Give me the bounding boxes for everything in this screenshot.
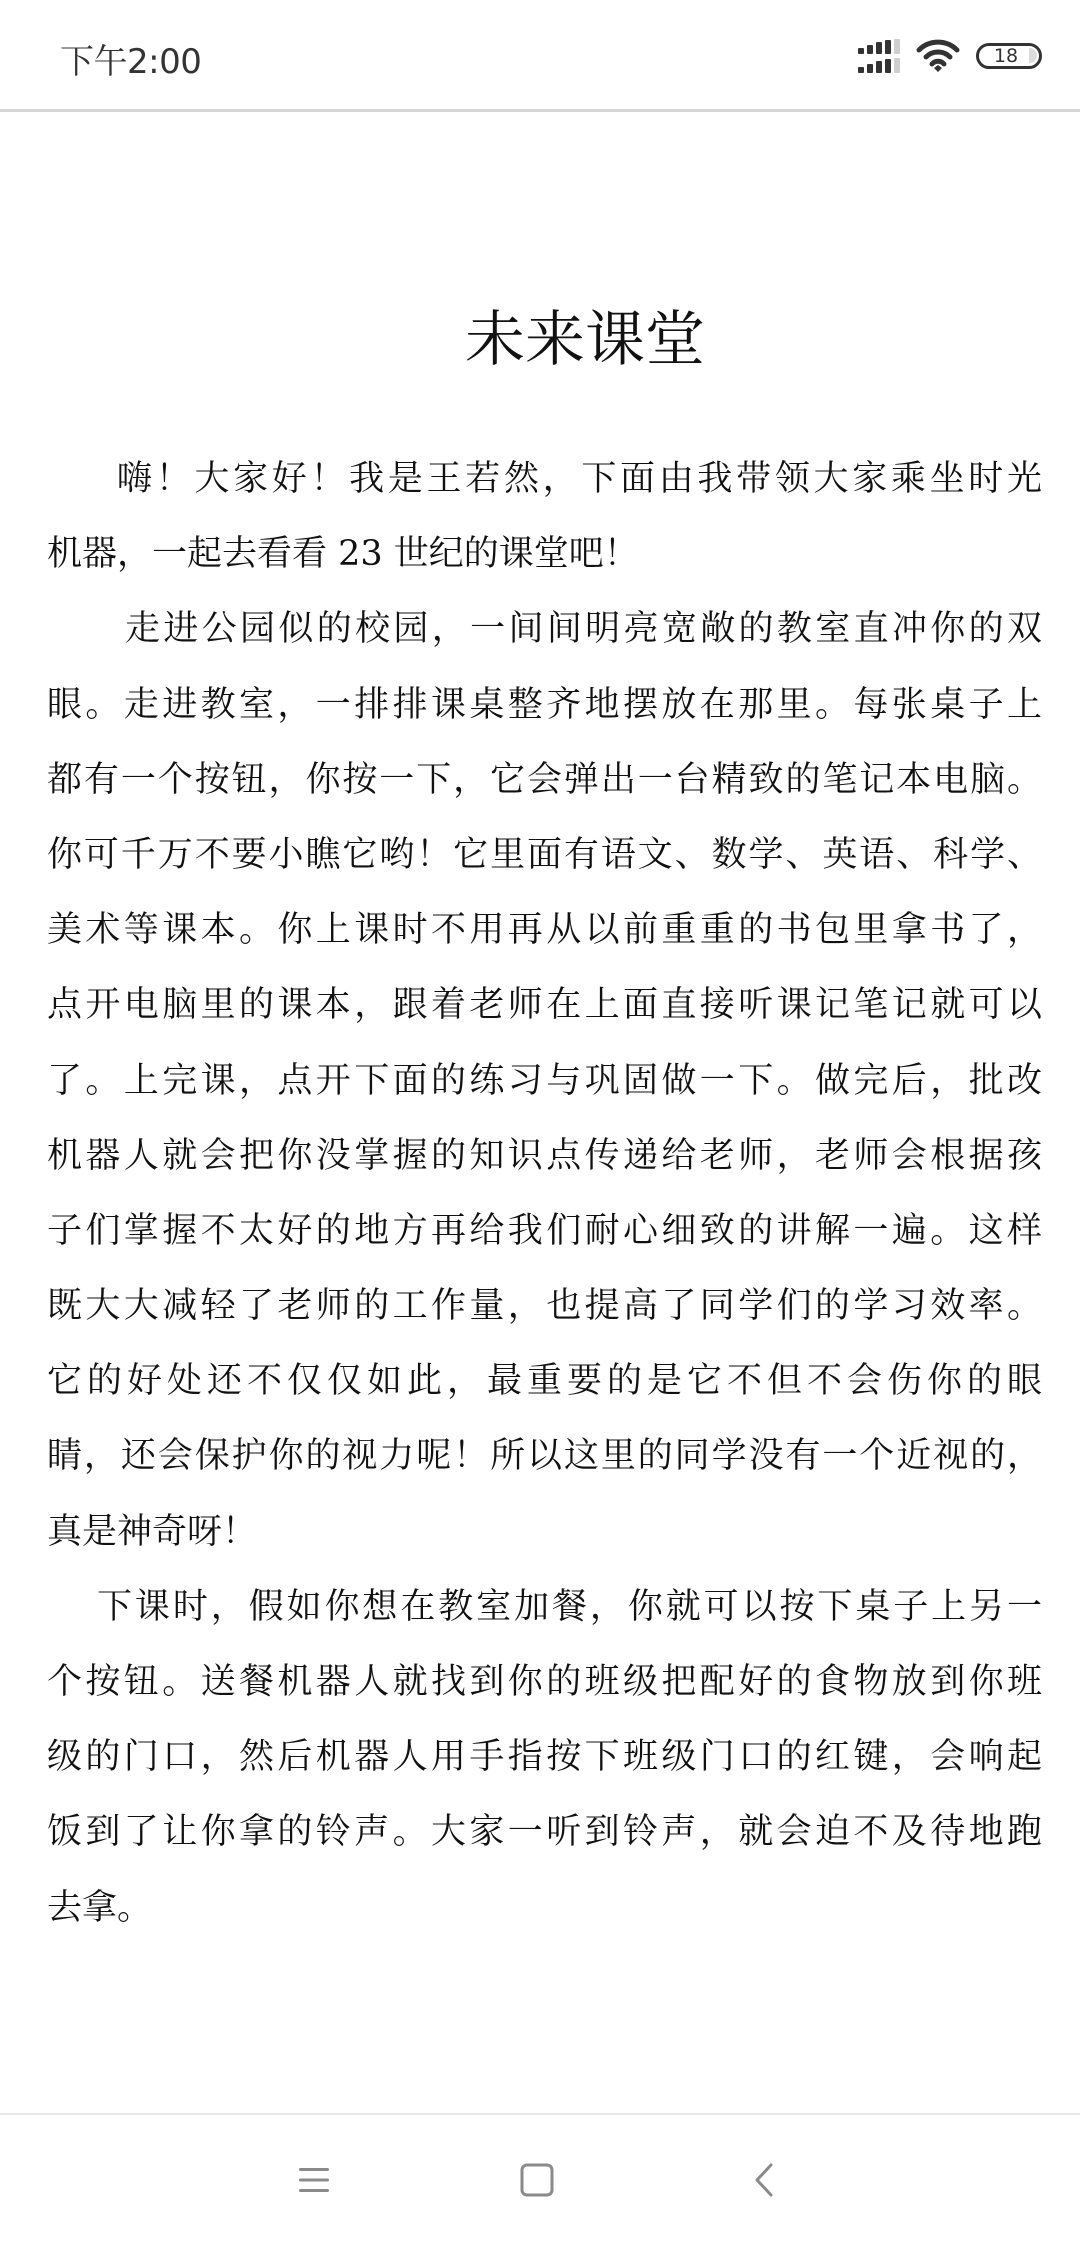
home-icon [520,2163,554,2197]
menu-icon [298,2166,330,2194]
paragraph: 嗨！大家好！我是王若然，下面由我带领大家乘坐时光机器，一起去看看 23 世纪的课… [47,442,1042,592]
document-title: 未来课堂 [0,300,1080,380]
text-line: 都有一个按钮，你按一下，它会弹出一台精致的笔记本电脑。 [47,743,1042,818]
text-line: 子们掌握不太好的地方再给我们耐心细致的讲解一遍。这样 [47,1194,1042,1269]
back-icon [752,2163,776,2197]
navigation-bar [0,2115,1080,2244]
wifi-icon [916,39,960,73]
battery-level: 18 [994,45,1018,67]
paragraph: 走进公园似的校园，一间间明亮宽敞的教室直冲你的双眼。走进教室，一排排课桌整齐地摆… [47,592,1042,1569]
text-line: 个按钮。送餐机器人就找到你的班级把配好的食物放到你班 [47,1645,1042,1720]
status-bar: 下午2:00 18 [0,0,1080,110]
text-line: 点开电脑里的课本，跟着老师在上面直接听课记笔记就可以 [47,968,1042,1043]
text-line: 它的好处还不仅仅如此，最重要的是它不但不会伤你的眼 [47,1344,1042,1419]
text-line: 既大大减轻了老师的工作量，也提高了同学们的学习效率。 [47,1269,1042,1344]
battery-cap [1029,48,1037,63]
status-divider [0,109,1080,112]
text-line: 眼。走进教室，一排排课桌整齐地摆放在那里。每张桌子上 [47,668,1042,743]
battery-icon: 18 [976,43,1042,69]
home-button[interactable] [507,2155,567,2205]
status-icons: 18 [858,38,1042,74]
text-line: 真是神奇呀！ [47,1495,1042,1570]
text-line: 去拿。 [47,1871,1042,1946]
back-button[interactable] [734,2155,794,2205]
text-line: 了。上完课，点开下面的练习与巩固做一下。做完后，批改 [47,1044,1042,1119]
document-body: 嗨！大家好！我是王若然，下面由我带领大家乘坐时光机器，一起去看看 23 世纪的课… [47,442,1042,1946]
text-line: 下课时，假如你想在教室加餐，你就可以按下桌子上另一 [47,1570,1042,1645]
text-line: 饭到了让你拿的铃声。大家一听到铃声，就会迫不及待地跑 [47,1795,1042,1870]
text-line: 嗨！大家好！我是王若然，下面由我带领大家乘坐时光 [47,442,1042,517]
text-line: 你可千万不要小瞧它哟！它里面有语文、数学、英语、科学、 [47,818,1042,893]
text-line: 级的门口，然后机器人用手指按下班级门口的红键，会响起 [47,1720,1042,1795]
text-line: 机器，一起去看看 23 世纪的课堂吧！ [47,517,1042,592]
text-line: 走进公园似的校园，一间间明亮宽敞的教室直冲你的双 [47,592,1042,667]
menu-button[interactable] [284,2155,344,2205]
paragraph: 下课时，假如你想在教室加餐，你就可以按下桌子上另一个按钮。送餐机器人就找到你的班… [47,1570,1042,1946]
text-line: 机器人就会把你没掌握的知识点传递给老师，老师会根据孩 [47,1119,1042,1194]
status-time: 下午2:00 [60,34,201,83]
text-line: 美术等课本。你上课时不用再从以前重重的书包里拿书了， [47,893,1042,968]
text-line: 睛，还会保护你的视力呢！所以这里的同学没有一个近视的， [47,1419,1042,1494]
signal-icon [858,39,900,73]
